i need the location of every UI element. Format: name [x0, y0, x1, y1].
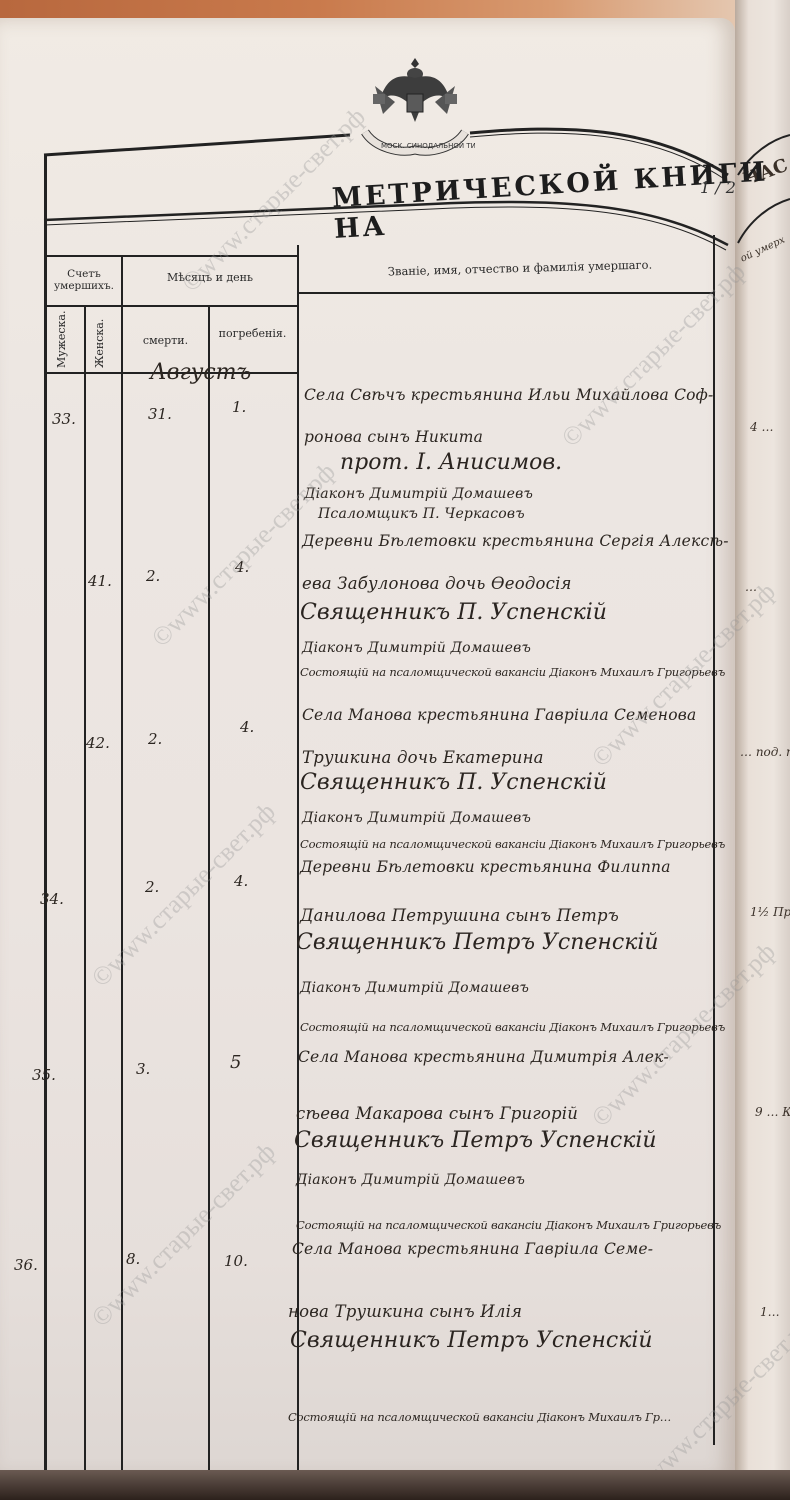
entry-burial-day: 5 [230, 1052, 241, 1073]
month-day-column-header: Мѣсяцъ и день [123, 272, 297, 285]
death-column-header: смерти. [123, 335, 208, 348]
entry-death-day: 2. [148, 730, 162, 748]
title-fraction: 1 / 2 [700, 178, 736, 197]
name-header-bottom-rule [297, 292, 713, 294]
page-border-left [44, 155, 47, 1475]
entry-priest-signature: Священникъ Петръ Успенскій [294, 1128, 657, 1153]
entry-female-number: 41. [88, 572, 112, 590]
entry-text-line-1: Села Свѣчъ крестьянина Ильи Михайлова Со… [304, 386, 713, 404]
entry-text-line-1: Села Манова крестьянина Гавріила Семе- [292, 1240, 653, 1258]
entry-text-line-2: Трушкина дочь Екатерина [302, 748, 544, 767]
entry-right-margin-note: 1… [760, 1305, 780, 1319]
entry-text-line-2: сѣева Макарова сынъ Григорій [296, 1104, 578, 1123]
entry-psalmist-signature: Состоящій на псаломщической вакансіи Діа… [300, 665, 725, 679]
entry-death-day: 3. [136, 1060, 150, 1078]
female-column-header: Женска. [94, 318, 107, 368]
entry-priest-signature: Священникъ П. Успенскій [300, 600, 607, 625]
entry-death-day: 2. [146, 567, 160, 585]
entry-burial-day: 4. [235, 558, 249, 576]
entry-text-line-2: ронова сынъ Никита [304, 428, 483, 446]
column-divider-count-month [121, 255, 123, 1475]
entry-burial-day: 4. [240, 718, 254, 736]
entry-priest-signature: Священникъ Петръ Успенскій [296, 930, 659, 955]
entry-text-line-2: ева Забулонова дочь Ѳеодосія [302, 574, 572, 593]
entry-female-number: 42. [86, 734, 110, 752]
entry-right-margin-note: 4 … [750, 420, 773, 434]
entry-priest-signature: Священникъ Петръ Успенскій [290, 1328, 653, 1353]
burial-column-header: погребенія. [208, 328, 297, 341]
header-subdivider-rule [44, 305, 297, 307]
entry-priest-signature: прот. І. Анисимов. [340, 450, 562, 475]
entry-psalmist-signature: Состоящій на псаломщической вакансіи Діа… [300, 837, 725, 851]
entry-text-line-1: Деревни Бѣлетовки крестьянина Сергія Але… [302, 532, 729, 550]
entry-right-margin-note: … [745, 580, 757, 594]
entry-text-line-2: Данилова Петрушина сынъ Петръ [300, 906, 619, 925]
entry-deacon-signature: Діаконъ Димитрій Домашевъ [296, 1172, 525, 1188]
entry-psalmist-signature: Состоящій на псаломщической вакансіи Діа… [296, 1218, 721, 1232]
entry-text-line-1: Деревни Бѣлетовки крестьянина Филиппа [300, 858, 671, 876]
entry-deacon-signature: Діаконъ Димитрій Домашевъ [304, 486, 533, 502]
entry-text-line-2: нова Трушкина сынъ Илія [288, 1302, 522, 1321]
male-column-header: Мужеска. [56, 318, 69, 368]
entry-psalmist-signature: Состоящій на псаломщической вакансіи Діа… [300, 1020, 725, 1034]
count-column-header: Счетъ умершихъ. [48, 268, 120, 292]
entry-psalmist-signature: Состоящій на псаломщической вакансіи Діа… [288, 1410, 671, 1424]
column-divider-death-burial [208, 305, 210, 1475]
entry-burial-day: 10. [224, 1252, 248, 1270]
entry-male-number: 36. [14, 1256, 38, 1274]
entry-text-line-1: Села Манова крестьянина Гавріила Семенов… [302, 706, 696, 724]
entry-deacon-signature: Діаконъ Димитрій Домашевъ [302, 640, 531, 656]
entry-text-line-1: Села Манова крестьянина Димитрія Алек- [298, 1048, 669, 1066]
entry-deacon-signature: Діаконъ Димитрій Домашевъ [302, 810, 531, 826]
month-label: Августъ [150, 360, 251, 385]
column-divider-male-female [84, 305, 86, 1475]
page-bottom-shadow [0, 1470, 790, 1500]
entry-death-day: 8. [126, 1250, 140, 1268]
entry-death-day: 31. [148, 405, 172, 423]
entry-death-day: 2. [145, 878, 159, 896]
entry-male-number: 33. [52, 410, 76, 428]
entry-male-number: 34. [40, 890, 64, 908]
entry-burial-day: 4. [234, 872, 248, 890]
entry-burial-day: 1. [232, 398, 246, 416]
column-divider-month-name [297, 245, 299, 1475]
entry-male-number: 35. [32, 1066, 56, 1084]
entry-right-margin-note: 1½ Прост… [750, 905, 790, 919]
entry-deacon-signature: Діаконъ Димитрій Домашевъ [300, 980, 529, 996]
header-top-rule [44, 255, 297, 257]
entry-psalmist-signature: Псаломщикъ П. Черкасовъ [318, 506, 525, 522]
entry-right-margin-note: … под. пол… [740, 745, 790, 759]
entry-priest-signature: Священникъ П. Успенскій [300, 770, 607, 795]
entry-right-margin-note: 9 … Кон… [755, 1105, 790, 1119]
